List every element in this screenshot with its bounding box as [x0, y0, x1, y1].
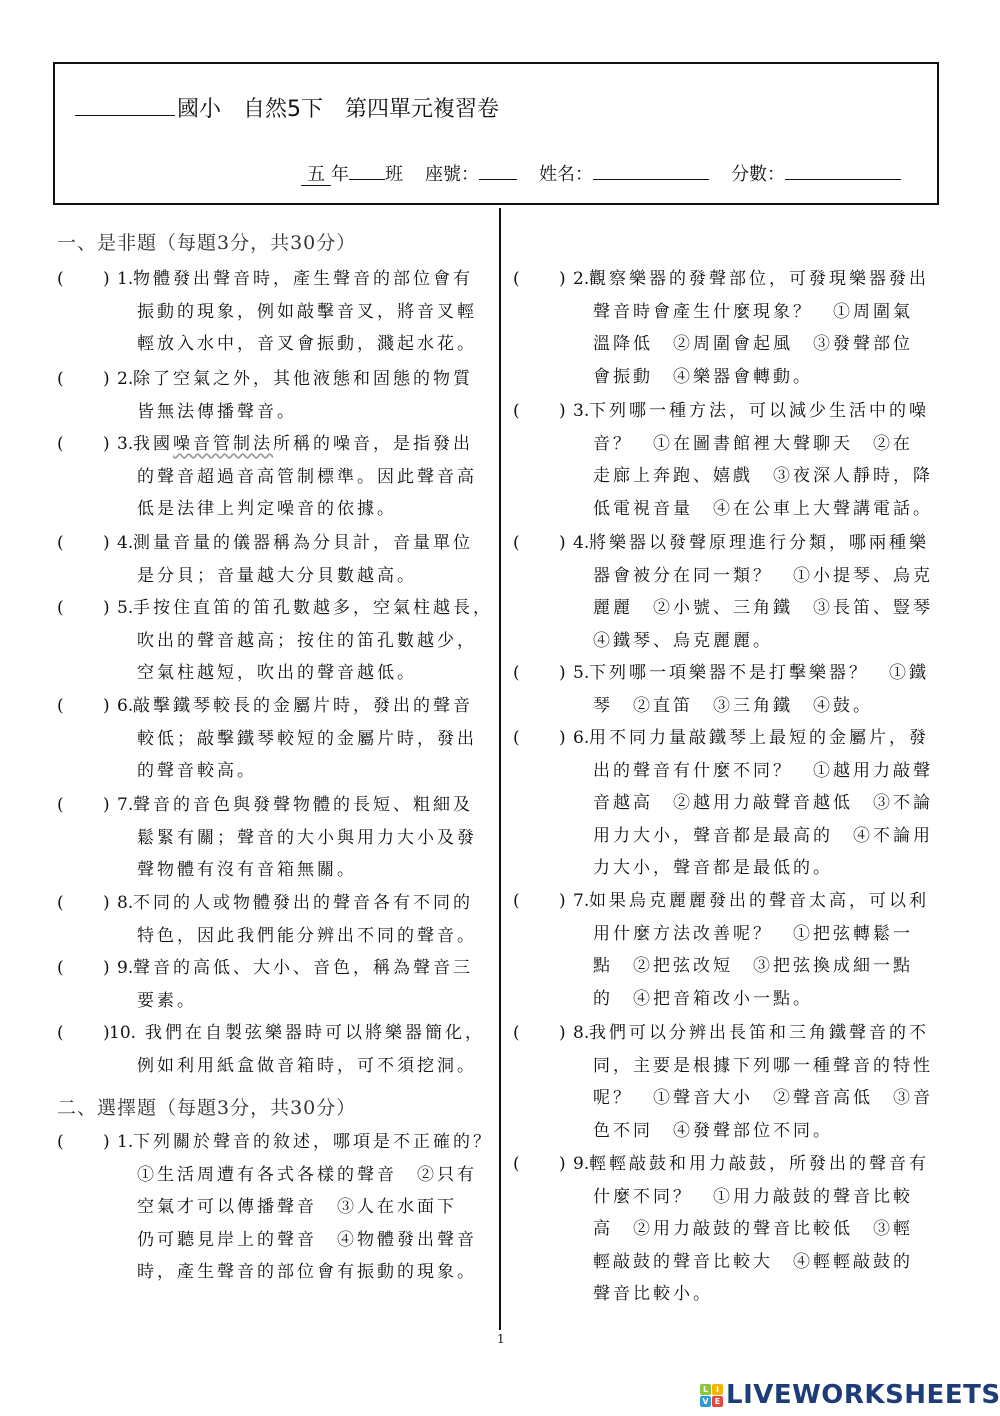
question-text: 聲音的高低、大小、音色，稱為聲音三要素。 — [137, 952, 473, 1017]
close-paren: ) — [103, 1126, 113, 1159]
question-line: 例如利用紙盒做音箱時，可不須挖洞。 — [137, 1050, 485, 1083]
question-number: 7. — [573, 885, 589, 918]
question-line: 高 ②用力敲鼓的聲音比較低 ③輕 — [593, 1213, 929, 1246]
logo-tile: L — [700, 1384, 711, 1395]
question-line: 的 ④把音箱改小一點。 — [593, 983, 929, 1016]
question-line: 用不同力量敲鐵琴上最短的金屬片，發 — [589, 722, 933, 755]
question-text: 如果烏克麗麗發出的聲音太高，可以利用什麼方法改善呢？ ①把弦轉鬆一點 ②把弦改短… — [593, 885, 929, 1015]
close-paren: ) — [103, 952, 113, 985]
open-paren: ( — [513, 722, 523, 755]
question-line: 走廊上奔跑、嬉戲 ③夜深人靜時，降 — [593, 460, 933, 493]
question-line: 器會被分在同一類？ ①小提琴、烏克 — [593, 560, 933, 593]
class-label: 班 — [385, 164, 403, 185]
grade-value: 五 — [301, 164, 331, 186]
question-text: 不同的人或物體發出的聲音各有不同的特色，因此我們能分辨出不同的聲音。 — [137, 887, 477, 952]
question-line: 麗麗 ②小號、三角鐵 ③長笛、豎琴 — [593, 592, 933, 625]
question-number: 3. — [117, 428, 133, 461]
close-paren: ) — [103, 363, 113, 396]
open-paren: ( — [57, 428, 67, 461]
question-line: 溫降低 ②周圍會起風 ③發聲部位 — [593, 328, 929, 361]
close-paren: ) — [103, 887, 113, 920]
multiple-choice-question: ()7.如果烏克麗麗發出的聲音太高，可以利用什麼方法改善呢？ ①把弦轉鬆一點 ②… — [513, 885, 929, 1015]
question-line: 力大小，聲音都是最低的。 — [593, 852, 933, 885]
question-number: 8. — [117, 887, 133, 920]
logo-tiles-icon: L I V E — [700, 1384, 723, 1407]
question-line: 出的聲音有什麼不同？ ①越用力敲聲 — [593, 755, 933, 788]
question-number: 10. — [109, 1017, 136, 1050]
question-line: 聲音時會產生什麼現象？ ①周圍氣 — [593, 296, 929, 329]
question-line: 輕輕敲鼓和用力敲鼓，所發出的聲音有 — [589, 1148, 929, 1181]
close-paren: ) — [559, 1017, 569, 1050]
question-text: 聲音的音色與發聲物體的長短、粗細及鬆緊有關；聲音的大小與用力大小及發聲物體有沒有… — [137, 789, 477, 887]
question-text: 將樂器以發聲原理進行分類，哪兩種樂器會被分在同一類？ ①小提琴、烏克麗麗 ②小號… — [593, 527, 933, 657]
question-line: 空氣才可以傳播聲音 ③人在水面下 — [137, 1191, 493, 1224]
logo-tile: I — [712, 1384, 723, 1395]
question-number: 6. — [573, 722, 589, 755]
open-paren: ( — [57, 592, 67, 625]
open-paren: ( — [513, 1017, 523, 1050]
close-paren: ) — [103, 690, 113, 723]
header-box: 國小自然5下第四單元複習卷 五年班座號：姓名：分數： — [53, 62, 939, 205]
question-text: 除了空氣之外，其他液態和固態的物質皆無法傳播聲音。 — [137, 363, 473, 428]
question-line: 琴 ②直笛 ③三角鐵 ④鼓。 — [593, 690, 929, 723]
question-text: 測量音量的儀器稱為分貝計，音量單位是分貝；音量越大分貝數越高。 — [137, 527, 473, 592]
question-line: 將樂器以發聲原理進行分類，哪兩種樂 — [589, 527, 933, 560]
question-line: 下列哪一種方法，可以減少生活中的噪 — [589, 395, 933, 428]
open-paren: ( — [513, 885, 523, 918]
multiple-choice-question: ()8.我們可以分辨出長笛和三角鐵聲音的不同，主要是根據下列哪一種聲音的特性呢？… — [513, 1017, 933, 1147]
question-line: 同，主要是根據下列哪一種聲音的特性 — [593, 1050, 933, 1083]
multiple-choice-question: ()3.下列哪一種方法，可以減少生活中的噪音？ ①在圖書館裡大聲聊天 ②在走廊上… — [513, 395, 933, 525]
school-suffix: 國小 — [177, 97, 221, 122]
question-line: 低是法律上判定噪音的依據。 — [137, 493, 477, 526]
question-line: 時，產生聲音的部位會有振動的現象。 — [137, 1256, 493, 1289]
question-line: 音越高 ②越用力敲聲音越低 ③不論 — [593, 787, 933, 820]
close-paren: ) — [559, 722, 569, 755]
question-line: 會振動 ④樂器會轉動。 — [593, 361, 929, 394]
true-false-question: ()4.測量音量的儀器稱為分貝計，音量單位是分貝；音量越大分貝數越高。 — [57, 527, 473, 592]
question-line: 點 ②把弦改短 ③把弦換成細一點 — [593, 950, 929, 983]
question-line: 敲擊鐵琴較長的金屬片時，發出的聲音 — [133, 690, 477, 723]
question-text: 物體發出聲音時，產生聲音的部位會有振動的現象，例如敲擊音叉，將音叉輕輕放入水中，… — [137, 263, 477, 361]
open-paren: ( — [57, 1126, 67, 1159]
open-paren: ( — [57, 789, 67, 822]
question-line: 特色，因此我們能分辨出不同的聲音。 — [137, 920, 477, 953]
question-number: 4. — [573, 527, 589, 560]
true-false-question: ()1.物體發出聲音時，產生聲音的部位會有振動的現象，例如敲擊音叉，將音叉輕輕放… — [57, 263, 477, 361]
question-line: 的聲音超過音高管制標準。因此聲音高 — [137, 461, 477, 494]
question-text: 用不同力量敲鐵琴上最短的金屬片，發出的聲音有什麼不同？ ①越用力敲聲音越高 ②越… — [593, 722, 933, 885]
multiple-choice-question: ()6.用不同力量敲鐵琴上最短的金屬片，發出的聲音有什麼不同？ ①越用力敲聲音越… — [513, 722, 933, 885]
true-false-question: ()7.聲音的音色與發聲物體的長短、粗細及鬆緊有關；聲音的大小與用力大小及發聲物… — [57, 789, 477, 887]
question-number: 9. — [573, 1148, 589, 1181]
question-line: 用力大小，聲音都是最高的 ④不論用 — [593, 820, 933, 853]
question-line: 聲物體有沒有音箱無關。 — [137, 854, 477, 887]
question-line: 什麼不同？ ①用力敲鼓的聲音比較 — [593, 1181, 929, 1214]
question-text: 下列哪一項樂器不是打擊樂器？ ①鐵琴 ②直笛 ③三角鐵 ④鼓。 — [593, 657, 929, 722]
question-line: 呢？ ①聲音大小 ②聲音高低 ③音 — [593, 1082, 933, 1115]
logo-tile: V — [700, 1396, 711, 1407]
student-info-line: 五年班座號：姓名：分數： — [301, 160, 901, 186]
open-paren: ( — [513, 263, 523, 296]
close-paren: ) — [103, 527, 113, 560]
close-paren: ) — [559, 263, 569, 296]
question-number: 6. — [117, 690, 133, 723]
question-line: 的聲音較高。 — [137, 755, 477, 788]
question-number: 2. — [117, 363, 133, 396]
multiple-choice-question: ()1.下列關於聲音的敘述，哪項是不正確的？①生活周遭有各式各樣的聲音 ②只有空… — [57, 1126, 493, 1289]
open-paren: ( — [57, 263, 67, 296]
grade-label: 年 — [331, 164, 349, 185]
worksheet-title: 國小自然5下第四單元複習卷 — [75, 92, 499, 123]
question-line: 要素。 — [137, 985, 473, 1018]
question-number: 5. — [117, 592, 133, 625]
question-text: 下列關於聲音的敘述，哪項是不正確的？①生活周遭有各式各樣的聲音 ②只有空氣才可以… — [137, 1126, 493, 1289]
section-true-false-title: 一、是非題（每題3分，共30分） — [57, 228, 356, 255]
question-line: 聲音比較小。 — [593, 1278, 929, 1311]
question-text: 手按住直笛的笛孔數越多，空氣柱越長，吹出的聲音越高；按住的笛孔數越少，空氣柱越短… — [137, 592, 493, 690]
question-line: ④鐵琴、烏克麗麗。 — [593, 625, 933, 658]
question-line: 物體發出聲音時，產生聲音的部位會有 — [133, 263, 477, 296]
question-line: 下列關於聲音的敘述，哪項是不正確的？ — [133, 1126, 493, 1159]
column-divider — [499, 208, 501, 1330]
name-label: 姓名： — [539, 164, 593, 185]
spellcheck-underline: 噪音管制法 — [173, 434, 273, 454]
question-line: 輕放入水中，音叉會振動，濺起水花。 — [137, 328, 477, 361]
subject: 自然5下 — [243, 97, 323, 122]
question-line: 鬆緊有關；聲音的大小與用力大小及發 — [137, 822, 477, 855]
question-line: 是分貝；音量越大分貝數越高。 — [137, 560, 473, 593]
school-name-blank[interactable] — [75, 97, 175, 116]
question-line: 吹出的聲音越高；按住的笛孔數越少， — [137, 625, 493, 658]
question-line: 如果烏克麗麗發出的聲音太高，可以利 — [589, 885, 929, 918]
question-line: 仍可聽見岸上的聲音 ④物體發出聲音 — [137, 1224, 493, 1257]
open-paren: ( — [57, 527, 67, 560]
open-paren: ( — [513, 395, 523, 428]
close-paren: ) — [103, 428, 113, 461]
open-paren: ( — [57, 1017, 67, 1050]
open-paren: ( — [57, 690, 67, 723]
seat-blank[interactable] — [479, 161, 517, 180]
question-text: 我國噪音管制法所稱的噪音，是指發出的聲音超過音高管制標準。因此聲音高低是法律上判… — [137, 428, 477, 526]
multiple-choice-question: ()9.輕輕敲鼓和用力敲鼓，所發出的聲音有什麼不同？ ①用力敲鼓的聲音比較高 ②… — [513, 1148, 929, 1311]
question-line: 較低；敲擊鐵琴較短的金屬片時，發出 — [137, 723, 477, 756]
name-blank[interactable] — [593, 161, 709, 180]
open-paren: ( — [57, 887, 67, 920]
question-text: 觀察樂器的發聲部位，可發現樂器發出聲音時會產生什麼現象？ ①周圍氣溫降低 ②周圍… — [593, 263, 929, 393]
question-number: 5. — [573, 657, 589, 690]
score-blank[interactable] — [785, 161, 901, 180]
close-paren: ) — [559, 395, 569, 428]
question-line: 觀察樂器的發聲部位，可發現樂器發出 — [589, 263, 929, 296]
question-line: 色不同 ④發聲部位不同。 — [593, 1115, 933, 1148]
question-number: 2. — [573, 263, 589, 296]
close-paren: ) — [103, 592, 113, 625]
logo-tile: E — [712, 1396, 723, 1407]
question-line: 空氣柱越短，吹出的聲音越低。 — [137, 657, 493, 690]
question-text: 我們可以分辨出長笛和三角鐵聲音的不同，主要是根據下列哪一種聲音的特性呢？ ①聲音… — [593, 1017, 933, 1147]
close-paren: ) — [103, 263, 113, 296]
multiple-choice-question: ()4.將樂器以發聲原理進行分類，哪兩種樂器會被分在同一類？ ①小提琴、烏克麗麗… — [513, 527, 933, 657]
open-paren: ( — [513, 657, 523, 690]
true-false-question: ()10.我們在自製弦樂器時可以將樂器簡化，例如利用紙盒做音箱時，可不須挖洞。 — [57, 1017, 485, 1082]
question-line: 手按住直笛的笛孔數越多，空氣柱越長， — [133, 592, 493, 625]
open-paren: ( — [57, 952, 67, 985]
question-number: 8. — [573, 1017, 589, 1050]
true-false-question: ()6.敲擊鐵琴較長的金屬片時，發出的聲音較低；敲擊鐵琴較短的金屬片時，發出的聲… — [57, 690, 477, 788]
question-text: 敲擊鐵琴較長的金屬片時，發出的聲音較低；敲擊鐵琴較短的金屬片時，發出的聲音較高。 — [137, 690, 477, 788]
question-text: 下列哪一種方法，可以減少生活中的噪音？ ①在圖書館裡大聲聊天 ②在走廊上奔跑、嬉… — [593, 395, 933, 525]
question-line: 輕敲鼓的聲音比較大 ④輕輕敲鼓的 — [593, 1246, 929, 1279]
question-number: 3. — [573, 395, 589, 428]
question-line: 用什麼方法改善呢？ ①把弦轉鬆一 — [593, 918, 929, 951]
question-line: 不同的人或物體發出的聲音各有不同的 — [133, 887, 477, 920]
question-line: 測量音量的儀器稱為分貝計，音量單位 — [133, 527, 473, 560]
question-number: 1. — [117, 1126, 133, 1159]
close-paren: ) — [103, 789, 113, 822]
question-line: 我國噪音管制法所稱的噪音，是指發出 — [133, 428, 477, 461]
question-line: 音？ ①在圖書館裡大聲聊天 ②在 — [593, 428, 933, 461]
question-line: 我們在自製弦樂器時可以將樂器簡化， — [145, 1017, 485, 1050]
multiple-choice-question: ()2.觀察樂器的發聲部位，可發現樂器發出聲音時會產生什麼現象？ ①周圍氣溫降低… — [513, 263, 929, 393]
question-line: 聲音的高低、大小、音色，稱為聲音三 — [133, 952, 473, 985]
question-number: 1. — [117, 263, 133, 296]
open-paren: ( — [513, 1148, 523, 1181]
question-line: 下列哪一項樂器不是打擊樂器？ ①鐵 — [589, 657, 929, 690]
unit-title: 第四單元複習卷 — [345, 97, 499, 122]
question-line: 低電視音量 ④在公車上大聲講電話。 — [593, 493, 933, 526]
close-paren: ) — [559, 885, 569, 918]
open-paren: ( — [57, 363, 67, 396]
question-number: 9. — [117, 952, 133, 985]
logo-text: LIVEWORKSHEETS — [726, 1380, 1000, 1410]
question-text: 我們在自製弦樂器時可以將樂器簡化，例如利用紙盒做音箱時，可不須挖洞。 — [137, 1017, 485, 1082]
question-line: 聲音的音色與發聲物體的長短、粗細及 — [133, 789, 477, 822]
true-false-question: ()2.除了空氣之外，其他液態和固態的物質皆無法傳播聲音。 — [57, 363, 473, 428]
seat-label: 座號： — [425, 164, 479, 185]
page-number: 1 — [497, 1332, 505, 1346]
class-blank[interactable] — [349, 161, 385, 180]
score-label: 分數： — [731, 164, 785, 185]
question-number: 4. — [117, 527, 133, 560]
true-false-question: ()8.不同的人或物體發出的聲音各有不同的特色，因此我們能分辨出不同的聲音。 — [57, 887, 477, 952]
question-line: 我們可以分辨出長笛和三角鐵聲音的不 — [589, 1017, 933, 1050]
question-line: 皆無法傳播聲音。 — [137, 396, 473, 429]
close-paren: ) — [559, 657, 569, 690]
question-line: 振動的現象，例如敲擊音叉，將音叉輕 — [137, 296, 477, 329]
question-number: 7. — [117, 789, 133, 822]
section-multiple-choice-title: 二、選擇題（每題3分，共30分） — [57, 1093, 356, 1120]
multiple-choice-question: ()5.下列哪一項樂器不是打擊樂器？ ①鐵琴 ②直笛 ③三角鐵 ④鼓。 — [513, 657, 929, 722]
question-line: ①生活周遭有各式各樣的聲音 ②只有 — [137, 1159, 493, 1192]
question-text: 輕輕敲鼓和用力敲鼓，所發出的聲音有什麼不同？ ①用力敲鼓的聲音比較高 ②用力敲鼓… — [593, 1148, 929, 1311]
close-paren: ) — [559, 527, 569, 560]
true-false-question: ()9.聲音的高低、大小、音色，稱為聲音三要素。 — [57, 952, 473, 1017]
true-false-question: ()5.手按住直笛的笛孔數越多，空氣柱越長，吹出的聲音越高；按住的笛孔數越少，空… — [57, 592, 493, 690]
close-paren: ) — [559, 1148, 569, 1181]
true-false-question: ()3.我國噪音管制法所稱的噪音，是指發出的聲音超過音高管制標準。因此聲音高低是… — [57, 428, 477, 526]
liveworksheets-logo: L I V E LIVEWORKSHEETS — [700, 1380, 1000, 1410]
question-line: 除了空氣之外，其他液態和固態的物質 — [133, 363, 473, 396]
open-paren: ( — [513, 527, 523, 560]
